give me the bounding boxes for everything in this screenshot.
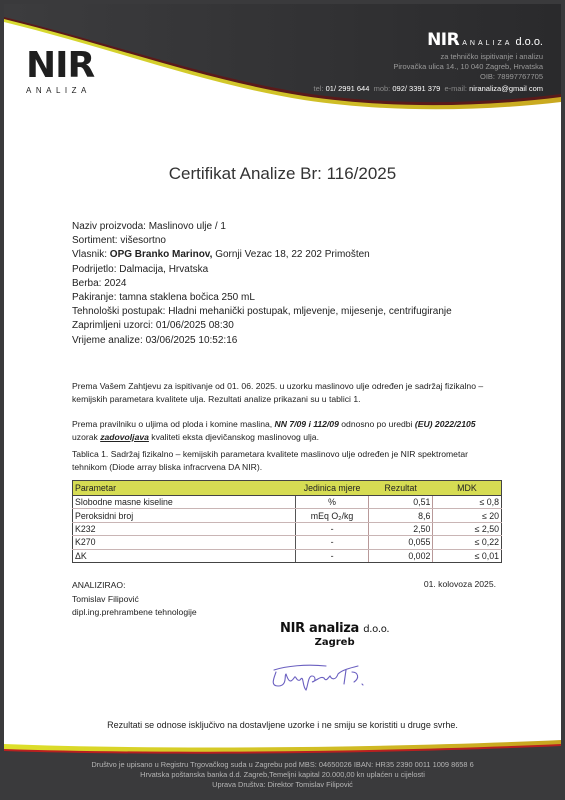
- company-address: Pirovačka ulica 14., 10 040 Zagreb, Hrva…: [314, 62, 544, 72]
- received-date: Zaprimljeni uzorci: 01/06/2025 08:30: [72, 319, 452, 333]
- contact-line: tel: 01/ 2991 644 mob: 092/ 3391 379 e-m…: [314, 84, 544, 94]
- company-oib: OIB: 78997767705: [314, 72, 544, 82]
- certificate-title: Certifikat Analize Br: 116/2025: [4, 164, 561, 184]
- process: Tehnološki postupak: Hladni mehanički po…: [72, 305, 452, 319]
- request-paragraph: Prema Vašem Zahtjevu za ispitivanje od 0…: [72, 380, 502, 405]
- footer-legal-text: Društvo je upisano u Registru Trgovačkog…: [4, 760, 561, 790]
- table-row: Slobodne masne kiseline % 0,51 ≤ 0,8: [73, 496, 502, 509]
- col-header-mdk: MDK: [433, 481, 502, 496]
- mobile-number: 092/ 3391 379: [392, 84, 440, 93]
- analyst-block: ANALIZIRAO: Tomislav Filipović dipl.ing.…: [72, 579, 197, 620]
- certificate-page: NIR ANALIZA NIRANALIZA d.o.o. za tehničk…: [4, 4, 561, 796]
- page-footer: Društvo je upisano u Registru Trgovačkog…: [4, 734, 561, 796]
- compliance-verdict: zadovoljava: [100, 432, 149, 442]
- owner: Vlasnik: OPG Branko Marinov, Gornji Veza…: [72, 248, 452, 262]
- variety: Sortiment: višesortno: [72, 234, 452, 248]
- table-row: Peroksidni broj mEq O₂/kg 8,6 ≤ 20: [73, 509, 502, 522]
- results-table: Parametar Jedinica mjere Rezultat MDK Sl…: [72, 480, 502, 563]
- handwritten-signature: [266, 660, 376, 694]
- company-info: NIRANALIZA d.o.o. za tehničko ispitivanj…: [314, 32, 544, 94]
- phone-number: 01/ 2991 644: [326, 84, 370, 93]
- harvest: Berba: 2024: [72, 277, 452, 291]
- table-row: ΔK - 0,002 ≤ 0,01: [73, 549, 502, 562]
- analyst-name: Tomislav Filipović: [72, 593, 197, 607]
- col-header-result: Rezultat: [369, 481, 433, 496]
- table-row: K270 - 0,055 ≤ 0,22: [73, 536, 502, 549]
- company-name: NIRANALIZA d.o.o.: [314, 32, 544, 52]
- table-row: K232 - 2,50 ≤ 2,50: [73, 522, 502, 535]
- col-header-unit: Jedinica mjere: [296, 481, 369, 496]
- table-header-row: Parametar Jedinica mjere Rezultat MDK: [73, 481, 502, 496]
- disclaimer-text: Rezultati se odnose isključivo na dostav…: [4, 720, 561, 730]
- sample-info: Naziv proizvoda: Maslinovo ulje / 1 Sort…: [72, 220, 452, 348]
- regulation-paragraph: Prema pravilniku o uljima od ploda i kom…: [72, 418, 502, 443]
- product-name: Naziv proizvoda: Maslinovo ulje / 1: [72, 220, 452, 234]
- analyst-title: dipl.ing.prehrambene tehnologije: [72, 606, 197, 620]
- issue-date: 01. kolovoza 2025.: [424, 579, 496, 589]
- company-stamp: NIR analiza d.o.o. Zagreb: [280, 621, 389, 648]
- analyst-label: ANALIZIRAO:: [72, 579, 197, 593]
- packaging: Pakiranje: tamna staklena bočica 250 mL: [72, 291, 452, 305]
- analysis-time: Vrijeme analize: 03/06/2025 10:52:16: [72, 334, 452, 348]
- company-tagline: za tehničko ispitivanje i analizu: [314, 52, 544, 62]
- col-header-parametar: Parametar: [73, 481, 296, 496]
- nir-logo: NIR ANALIZA: [26, 48, 94, 95]
- table-caption: Tablica 1. Sadržaj fizikalno – kemijskih…: [72, 448, 502, 473]
- email-address: niranaliza@gmail com: [469, 84, 543, 93]
- origin: Podrijetlo: Dalmacija, Hrvatska: [72, 263, 452, 277]
- letterhead: NIR ANALIZA NIRANALIZA d.o.o. za tehničk…: [4, 4, 561, 134]
